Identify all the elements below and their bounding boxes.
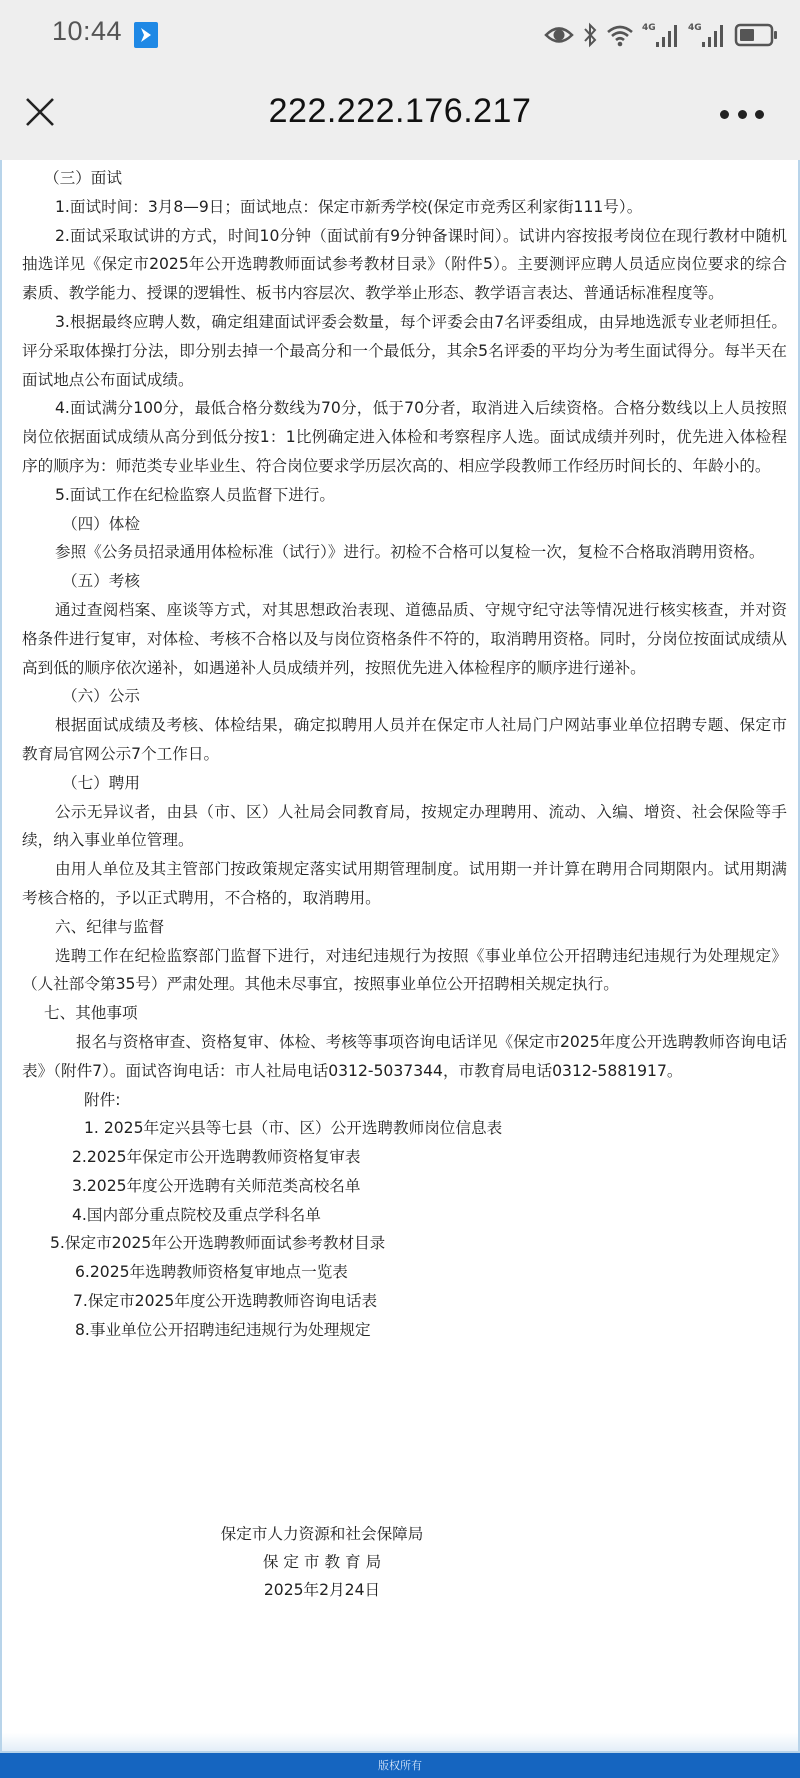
attachment-item: 8.事业单位公开招聘违纪违规行为处理规定: [22, 1316, 787, 1345]
section-heading: （七）聘用: [22, 769, 787, 798]
more-icon-dot: [738, 110, 747, 119]
section-heading: （六）公示: [22, 682, 787, 711]
status-bar: 10:44 4G 4G: [0, 0, 800, 70]
paragraph: 由用人单位及其主管部门按政策规定落实试用期管理制度。试用期一并计算在聘用合同期限…: [22, 855, 787, 913]
wifi-icon: [606, 23, 634, 47]
eye-icon: [544, 24, 574, 46]
paragraph: 参照《公务员招录通用体检标准（试行）》进行。初检不合格可以复检一次，复检不合格取…: [22, 538, 787, 567]
more-icon-dot: [755, 110, 764, 119]
signal-4g-sim1-icon: 4G: [642, 21, 680, 49]
attachment-item: 7.保定市2025年度公开选聘教师咨询电话表: [22, 1287, 787, 1316]
battery-icon: [734, 22, 778, 48]
signature-org-hr: 保定市人力资源和社会保障局: [2, 1522, 642, 1544]
paragraph: 通过查阅档案、座谈等方式，对其思想政治表现、道德品质、守规守纪守法等情况进行核实…: [22, 596, 787, 682]
paragraph: 4.面试满分100分，最低合格分数线为70分，低于70分者，取消进入后续资格。合…: [22, 394, 787, 480]
section-heading: （三）面试: [22, 164, 787, 193]
attachment-item: 3.2025年度公开选聘有关师范类高校名单: [22, 1172, 787, 1201]
status-time: 10:44: [52, 16, 122, 47]
attachment-item: 5.保定市2025年公开选聘教师面试参考教材目录: [22, 1229, 787, 1258]
section-heading: 七、其他事项: [22, 999, 787, 1028]
svg-text:4G: 4G: [642, 23, 656, 33]
more-icon-dot: [720, 110, 729, 119]
more-options-button[interactable]: [720, 108, 764, 120]
attachment-item: 1. 2025年定兴县等七县（市、区）公开选聘教师岗位信息表: [22, 1114, 787, 1143]
paragraph: 3.根据最终应聘人数，确定组建面试评委会数量，每个评委会由7名评委组成，由异地选…: [22, 308, 787, 394]
signature-date: 2025年2月24日: [2, 1578, 642, 1600]
document-body: （三）面试 1.面试时间：3月8—9日；面试地点：保定市新秀学校(保定市竞秀区利…: [22, 160, 787, 1345]
content-bottom-border: [2, 1733, 798, 1753]
paragraph: 选聘工作在纪检监察部门监督下进行，对违纪违规行为按照《事业单位公开招聘违纪违规行…: [22, 942, 787, 1000]
section-heading: （五）考核: [22, 567, 787, 596]
section-heading: （四）体检: [22, 510, 787, 539]
svg-text:4G: 4G: [688, 23, 702, 33]
browser-nav-bar: 222.222.176.217: [0, 70, 800, 162]
app-notification-icon: [134, 22, 158, 48]
signature-org-edu: 保 定 市 教 育 局: [2, 1550, 642, 1572]
paragraph: 2.面试采取试讲的方式，时间10分钟（面试前有9分钟备课时间）。试讲内容按报考岗…: [22, 222, 787, 308]
signal-4g-sim2-icon: 4G: [688, 21, 726, 49]
section-heading: 六、纪律与监督: [22, 913, 787, 942]
paragraph: 1.面试时间：3月8—9日；面试地点：保定市新秀学校(保定市竞秀区利家街111号…: [22, 193, 787, 222]
attachments-label: 附件:: [22, 1086, 787, 1115]
bluetooth-icon: [582, 22, 598, 48]
attachment-item: 4.国内部分重点院校及重点学科名单: [22, 1201, 787, 1230]
paragraph: 报名与资格审查、资格复审、体检、考核等事项咨询电话详见《保定市2025年度公开选…: [22, 1028, 787, 1086]
paragraph: 根据面试成绩及考核、体检结果，确定拟聘用人员并在保定市人社局门户网站事业单位招聘…: [22, 711, 787, 769]
paragraph: 公示无异议者，由县（市、区）人社局会同教育局，按规定办理聘用、流动、入编、增资、…: [22, 798, 787, 856]
content-frame[interactable]: （三）面试 1.面试时间：3月8—9日；面试地点：保定市新秀学校(保定市竞秀区利…: [0, 160, 800, 1753]
page-url-title: 222.222.176.217: [0, 92, 800, 131]
attachment-item: 6.2025年选聘教师资格复审地点一览表: [22, 1258, 787, 1287]
footer-copyright: 版权所有: [0, 1753, 800, 1778]
attachment-item: 2.2025年保定市公开选聘教师资格复审表: [22, 1143, 787, 1172]
status-icons: 4G 4G: [544, 20, 778, 50]
paragraph: 5.面试工作在纪检监察人员监督下进行。: [22, 481, 787, 510]
